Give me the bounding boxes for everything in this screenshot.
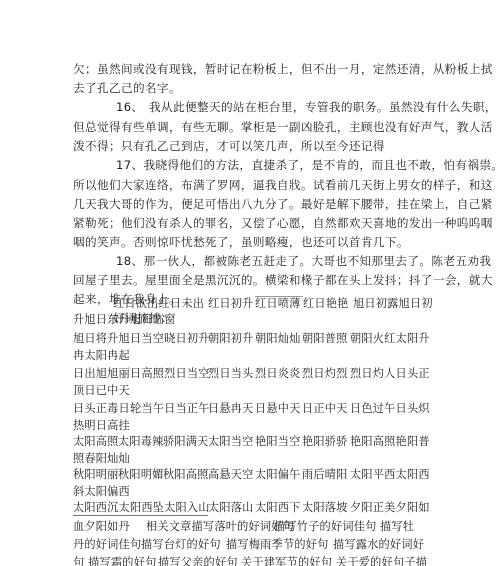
- word-row: 斜太阳偏西: [73, 485, 130, 499]
- word-row: 秋阳明丽秋阳明媚秋阳高照高悬天空太阳偏午雨后晴阳太阳平西太阳西: [73, 468, 430, 482]
- text-line: 所以他们大家连络，布满了罗网，逼我自戕。试看前几天街上男女的样子，和这: [73, 178, 493, 192]
- paragraph-number: 18、: [116, 254, 144, 268]
- related-link[interactable]: 描写父亲的好句: [158, 556, 241, 566]
- text-line: 回屋子里去。屋里面全是黑沉沉的。横梁和椽子都在头上发抖；抖了一会，就大: [73, 273, 493, 287]
- related-links-row: 句 描写霜的好句描写父亲的好句关于建军节的好句关于爱的好句子描: [73, 556, 427, 566]
- related-link[interactable]: 描写台灯的好句: [141, 538, 226, 552]
- text-line: 但总觉得有些单调，有些无聊。掌柜是一副凶脸孔，主顾也没有好声气，教人活: [73, 120, 493, 134]
- word-row: 热明日高挂: [73, 419, 130, 433]
- related-link[interactable]: 血夕阳如丹: [73, 520, 146, 534]
- word-row: 日头正毒日轮当午日当正午日悬冉天日悬中天日正中天日色过午日头炽: [73, 402, 430, 416]
- related-links-row: 血夕阳如丹相关文章描写落叶的好词好句描写竹子的好词佳句描写牡: [73, 520, 414, 534]
- paragraph-number: 16、: [116, 100, 149, 114]
- word-row: 升旭日东升旭日临窗: [73, 313, 176, 327]
- text-line: 咽的笑声。否则惊吓忧愁死了，虽则略瘦，也还可以首肯几下。: [73, 235, 409, 249]
- related-link[interactable]: 句 描写霜的好句: [73, 556, 158, 566]
- word-row: 日出旭旭丽日高照烈日当空烈日当头烈日炎炎烈日灼烈烈日灼人日头正: [73, 367, 430, 381]
- text-line: 去了孔乙己的名字。: [73, 81, 181, 95]
- word-row: 红日欲出红日未出红日初升红日喷薄红日艳艳旭日初露旭日初: [113, 296, 433, 311]
- word-row: 旭日将升旭日当空晓日初升朝阳初升朝阳灿灿朝阳普照朝阳火红太阳升: [73, 332, 430, 346]
- related-link[interactable]: 相关文章描写落叶的好词好句: [146, 520, 274, 534]
- word-row: 照春阳灿灿: [73, 452, 130, 466]
- paragraph-18: 18、那一伙人，都被陈老五赶走了。大哥也不知那里去了。陈老五劝我: [73, 254, 491, 268]
- text-line: 紧勒死；他们没有杀人的罪名，又偿了心愿，自然都欢天喜地的发出一种呜呜咽: [73, 216, 493, 230]
- paragraph-number: 17、: [116, 158, 144, 172]
- related-link[interactable]: 关于建军节的好句: [241, 556, 336, 566]
- word-row: 太阳西沉太阳西坠太阳入山太阳落山太阳西下太阳落坡夕阳正美夕阳如: [73, 501, 430, 516]
- word-row: 冉太阳冉起: [73, 349, 130, 363]
- paragraph-16: 16、我从此便整天的站在柜台里，专管我的职务。虽然没有什么失职，: [73, 100, 497, 114]
- related-link[interactable]: 关于爱的好句子描: [336, 556, 427, 566]
- text-line: 几天我大哥的作为，便足可悟出八九分了。最好是解下腰带，挂在梁上，自己紧: [73, 197, 493, 211]
- word-row: 顶日已中天: [73, 384, 130, 398]
- related-link[interactable]: 丹的好词佳句: [73, 538, 141, 552]
- related-link[interactable]: 描写牡: [380, 520, 414, 534]
- related-links-row: 丹的好词佳句描写台灯的好句描写梅雨季节的好句描写露水的好词好: [73, 538, 424, 552]
- related-link[interactable]: 描写露水的好词好: [333, 538, 424, 552]
- related-link[interactable]: 描写竹子的好词佳句: [274, 520, 380, 534]
- text-line: 泼不得；只有孔乙己到店，才可以笑几声，所以至今还记得: [73, 139, 385, 153]
- word-row: 太阳高照太阳毒辣骄阳满天太阳当空艳阳当空艳阳骄骄艳阳高照艳阳普: [73, 435, 430, 449]
- paragraph-17: 17、我晓得他们的方法，直捷杀了，是不肯的，而且也不敢，怕有祸祟。: [73, 158, 500, 172]
- related-link[interactable]: 描写梅雨季节的好句: [226, 538, 333, 552]
- text-line: 欠；虽然间或没有现钱，暂时记在粉板上，但不出一月，定然还清，从粉板上拭: [73, 62, 493, 76]
